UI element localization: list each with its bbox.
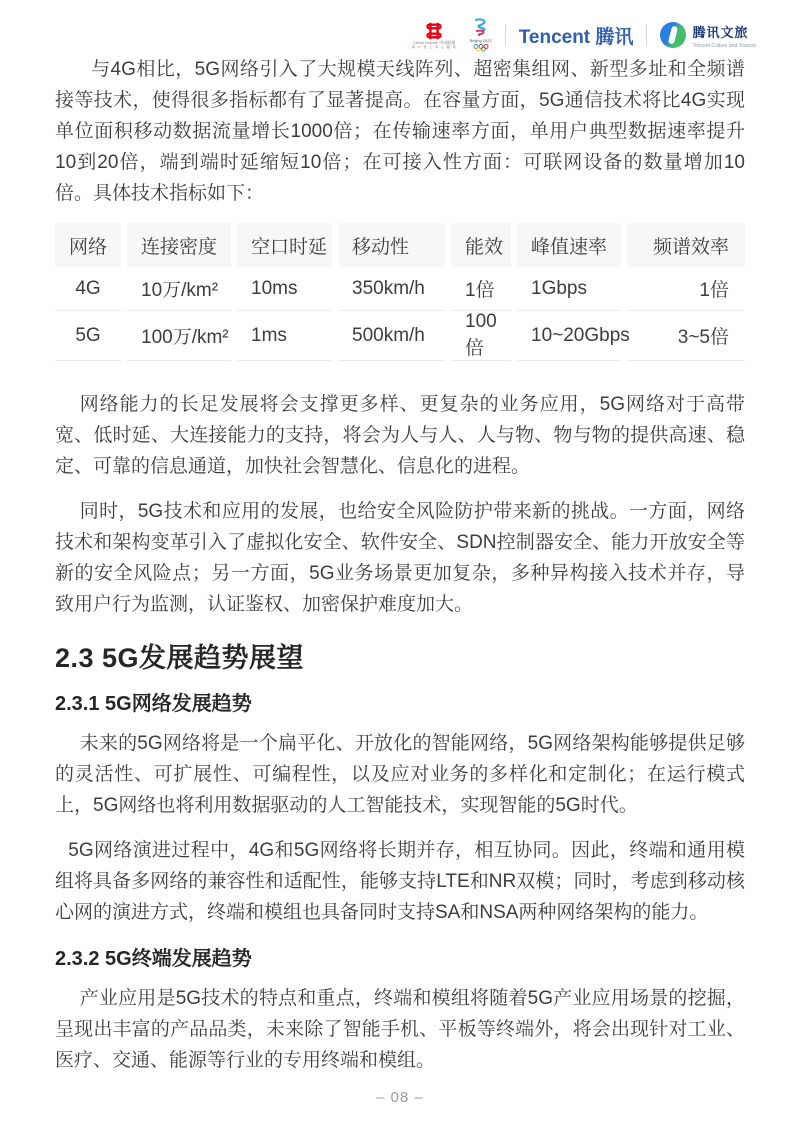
- cell-latency: 1ms: [237, 311, 332, 361]
- logo-divider: [646, 24, 647, 46]
- col-header-mobility: 移动性: [338, 223, 445, 267]
- unicom-slogan: 客 户 至 上 用 心 服 务: [412, 46, 457, 49]
- paragraph-future-network: 未来的5G网络将是一个扁平化、开放化的智能网络，5G网络架构能够提供足够的灵活性…: [55, 728, 745, 821]
- cell-latency: 10ms: [237, 267, 332, 311]
- cell-peak-rate: 10~20Gbps: [517, 311, 621, 361]
- document-content: 与4G相比，5G网络引入了大规模天线阵列、超密集组网、新型多址和全频谱接等技术，…: [0, 54, 800, 1076]
- cell-density: 10万/km²: [127, 267, 231, 311]
- header-logo-row: China Unicom 中国联通 客 户 至 上 用 心 服 务 Beijin…: [0, 0, 800, 54]
- beijing-2022-caption: Beijing 2022: [470, 39, 492, 43]
- culture-tourism-cn: 腾讯文旅: [692, 22, 756, 41]
- cell-density: 100万/km²: [127, 311, 231, 361]
- culture-tourism-icon: [660, 22, 686, 48]
- paragraph-security-challenge: 同时，5G技术和应用的发展，也给安全风险防护带来新的挑战。一方面，网络技术和架构…: [55, 496, 745, 620]
- col-header-spectrum: 频谱效率: [627, 223, 745, 267]
- unicom-knot-icon: [423, 22, 445, 40]
- tencent-culture-tourism-logo: 腾讯文旅 Tencent Culture and Tourism: [660, 22, 756, 49]
- unicom-caption: China Unicom 中国联通: [413, 41, 455, 45]
- subsection-heading-2-3-2: 2.3.2 5G终端发展趋势: [55, 942, 745, 971]
- paragraph-network-capability: 网络能力的长足发展将会支撑更多样、更复杂的业务应用，5G网络对于高带宽、低时延、…: [55, 389, 745, 482]
- cell-spectrum: 1倍: [627, 267, 745, 311]
- section-heading-2-3: 2.3 5G发展趋势展望: [55, 636, 745, 675]
- beijing-2022-emblem: Beijing 2022: [470, 18, 492, 52]
- cell-efficiency: 1倍: [451, 267, 511, 311]
- col-header-density: 连接密度: [127, 223, 231, 267]
- paragraph-network-evolution: 5G网络演进过程中，4G和5G网络将长期并存，相互协同。因此，终端和通用模组将具…: [55, 835, 745, 928]
- subsection-heading-2-3-1: 2.3.1 5G网络发展趋势: [55, 687, 745, 716]
- logo-divider: [505, 24, 506, 46]
- table-header-row: 网络 连接密度 空口时延 移动性 能效 峰值速率 频谱效率: [55, 223, 745, 267]
- tencent-logo: Tencent 腾讯: [519, 22, 634, 49]
- spec-table: 网络 连接密度 空口时延 移动性 能效 峰值速率 频谱效率 4G 10万/km²…: [49, 223, 751, 361]
- cell-spectrum: 3~5倍: [627, 311, 745, 361]
- paragraph-terminal-trend: 产业应用是5G技术的特点和重点，终端和模组将随着5G产业应用场景的挖掘，呈现出丰…: [55, 983, 745, 1076]
- cell-mobility: 500km/h: [338, 311, 445, 361]
- china-unicom-logo: China Unicom 中国联通 客 户 至 上 用 心 服 务: [412, 22, 457, 49]
- table-row-4g: 4G 10万/km² 10ms 350km/h 1倍 1Gbps 1倍: [55, 267, 745, 311]
- cell-peak-rate: 1Gbps: [517, 267, 621, 311]
- olympic-rings-icon: [473, 44, 489, 52]
- culture-tourism-en: Tencent Culture and Tourism: [692, 43, 756, 49]
- cell-mobility: 350km/h: [338, 267, 445, 311]
- tencent-logo-cn: 腾讯: [595, 27, 633, 48]
- col-header-latency: 空口时延: [237, 223, 332, 267]
- col-header-network: 网络: [55, 223, 121, 267]
- table-row-5g: 5G 100万/km² 1ms 500km/h 100倍 10~20Gbps 3…: [55, 311, 745, 361]
- cell-network: 5G: [55, 311, 121, 361]
- col-header-peak-rate: 峰值速率: [517, 223, 621, 267]
- tencent-logo-en: Tencent: [519, 27, 590, 48]
- paragraph-5g-vs-4g: 与4G相比，5G网络引入了大规模天线阵列、超密集组网、新型多址和全频谱接等技术，…: [55, 54, 745, 209]
- page-number: – 08 –: [0, 1089, 800, 1106]
- document-page: China Unicom 中国联通 客 户 至 上 用 心 服 务 Beijin…: [0, 0, 800, 1132]
- col-header-efficiency: 能效: [451, 223, 511, 267]
- cell-network: 4G: [55, 267, 121, 311]
- beijing-2022-icon: [472, 18, 490, 38]
- cell-efficiency: 100倍: [451, 311, 511, 361]
